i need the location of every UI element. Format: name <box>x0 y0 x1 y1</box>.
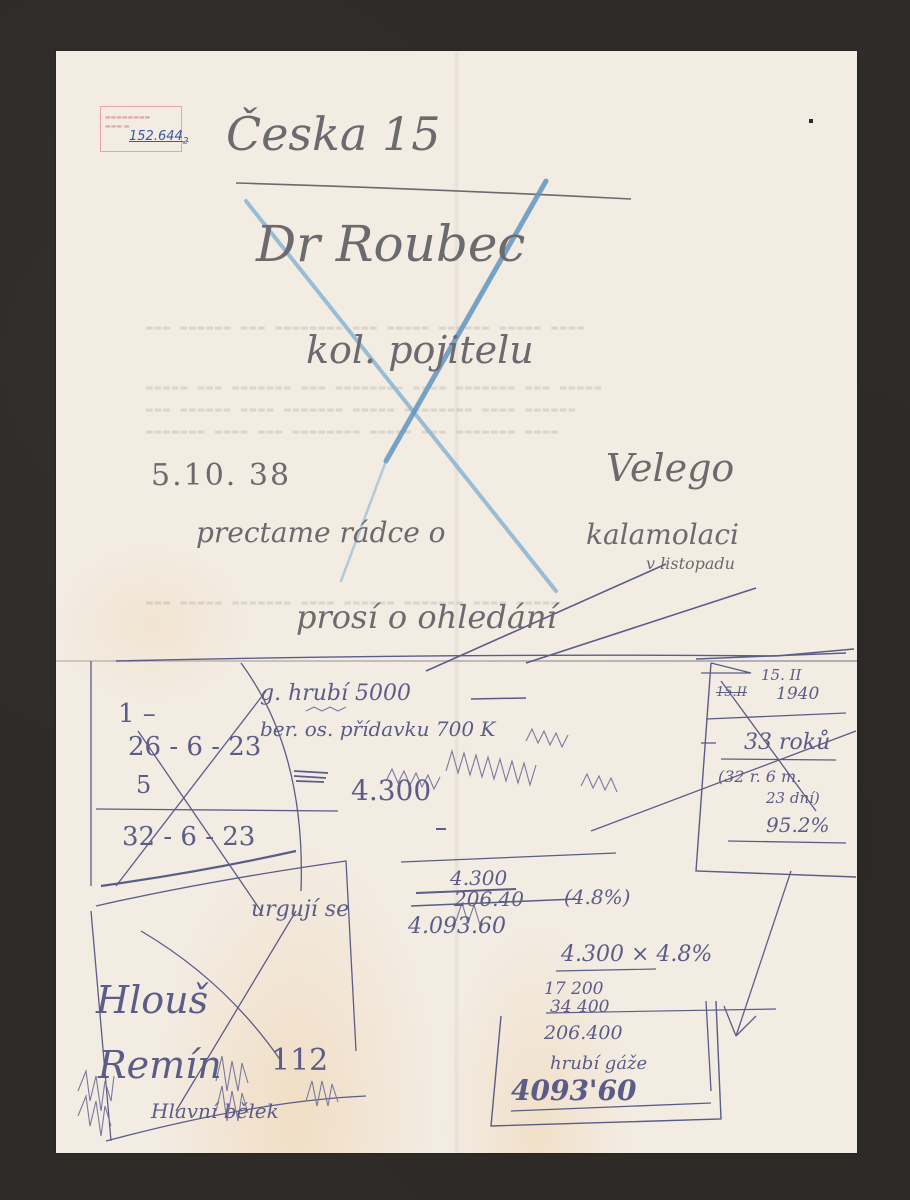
multiplication-product: 206.400 <box>544 1024 623 1043</box>
bottom-box-name-2: Remín <box>98 1046 222 1084</box>
subtraction-result: 4.093.60 <box>408 916 506 938</box>
right-date-top: 15. II <box>761 668 801 683</box>
multiplication-expression: 4.300 × 4.8% <box>561 944 712 966</box>
addressee-name: Dr Roubec <box>256 219 525 269</box>
right-detail-2: 23 dní) <box>766 791 820 806</box>
box-total: 32 - 6 - 23 <box>122 824 255 850</box>
box-line-1: 1 – <box>118 701 156 727</box>
subtraction-rate: (4.8%) <box>564 887 630 907</box>
result-label: hrubí gáže <box>550 1055 647 1073</box>
heading: Česka 15 <box>226 111 440 157</box>
subtraction-subtrahend: 206.40 <box>454 889 524 909</box>
bottom-box-name-1: Hlouš <box>96 981 208 1019</box>
right-detail-1: (32 r. 6 m. <box>718 769 801 785</box>
document-page: ▬▬▬ ▬▬▬▬▬▬ ▬▬▬ ▬▬▬▬▬▬▬▬ ▬▬▬ ▬▬▬▬▬ ▬▬▬▬▬▬… <box>56 51 857 1153</box>
result-value: 4093'60 <box>511 1077 636 1105</box>
bleed-through-text: ▬▬▬▬▬ ▬▬▬ ▬▬▬▬▬▬▬ ▬▬▬ ▬▬▬▬▬▬▬▬ ▬▬▬▬ ▬▬▬▬… <box>146 381 786 394</box>
bottom-box-header: urgují se <box>251 899 349 921</box>
archive-stamp: ▬▬▬▬▬▬▬▬▬▬▬ ▬ 152.6442 <box>100 106 182 152</box>
subtitle: kol. pojitelu <box>306 331 534 369</box>
signature: Velego <box>606 449 734 487</box>
bottom-box-footer: Hlavní bělek <box>151 1101 279 1121</box>
note-line-1: prectame rádce o <box>196 519 446 547</box>
box-line-3: 5 <box>136 773 151 797</box>
box-line-2: 26 - 6 - 23 <box>128 734 261 760</box>
calc-line-3: 4.300 <box>351 777 431 805</box>
note-line-2-struck: prosí o ohledání <box>296 601 557 633</box>
right-years: 33 roků <box>744 732 830 754</box>
right-date-struck: 15.II <box>716 686 747 699</box>
multiplication-partial-1: 17 200 <box>544 981 603 998</box>
ink-speck <box>809 119 813 123</box>
inventory-number: 152.6442 <box>129 129 189 147</box>
multiplication-partial-2: 34 400 <box>550 999 609 1016</box>
bleed-through-text: ▬▬▬▬▬▬▬ ▬▬▬▬ ▬▬▬ ▬▬▬▬▬▬▬▬ ▬▬▬▬▬ ▬▬▬ ▬▬▬▬… <box>146 425 786 438</box>
note-line-1-struck: kalamolaci <box>586 521 739 549</box>
note-insert: v listopadu <box>646 556 735 572</box>
right-percent: 95.2% <box>766 815 830 835</box>
subtraction-minuend: 4.300 <box>450 868 507 888</box>
calc-line-1: g. hrubí 5000 <box>260 683 411 705</box>
right-date-bottom: 1940 <box>776 686 819 703</box>
bottom-box-number: 112 <box>271 1046 328 1076</box>
bleed-through-text: ▬▬▬ ▬▬▬▬▬▬ ▬▬▬▬ ▬▬▬▬▬▬▬ ▬▬▬▬▬ ▬▬▬▬▬▬▬▬ ▬… <box>146 403 786 416</box>
calc-line-2: ber. os. přídavku 700 K <box>260 719 495 739</box>
date: 5.10. 38 <box>151 461 291 491</box>
tear-line <box>56 660 857 662</box>
